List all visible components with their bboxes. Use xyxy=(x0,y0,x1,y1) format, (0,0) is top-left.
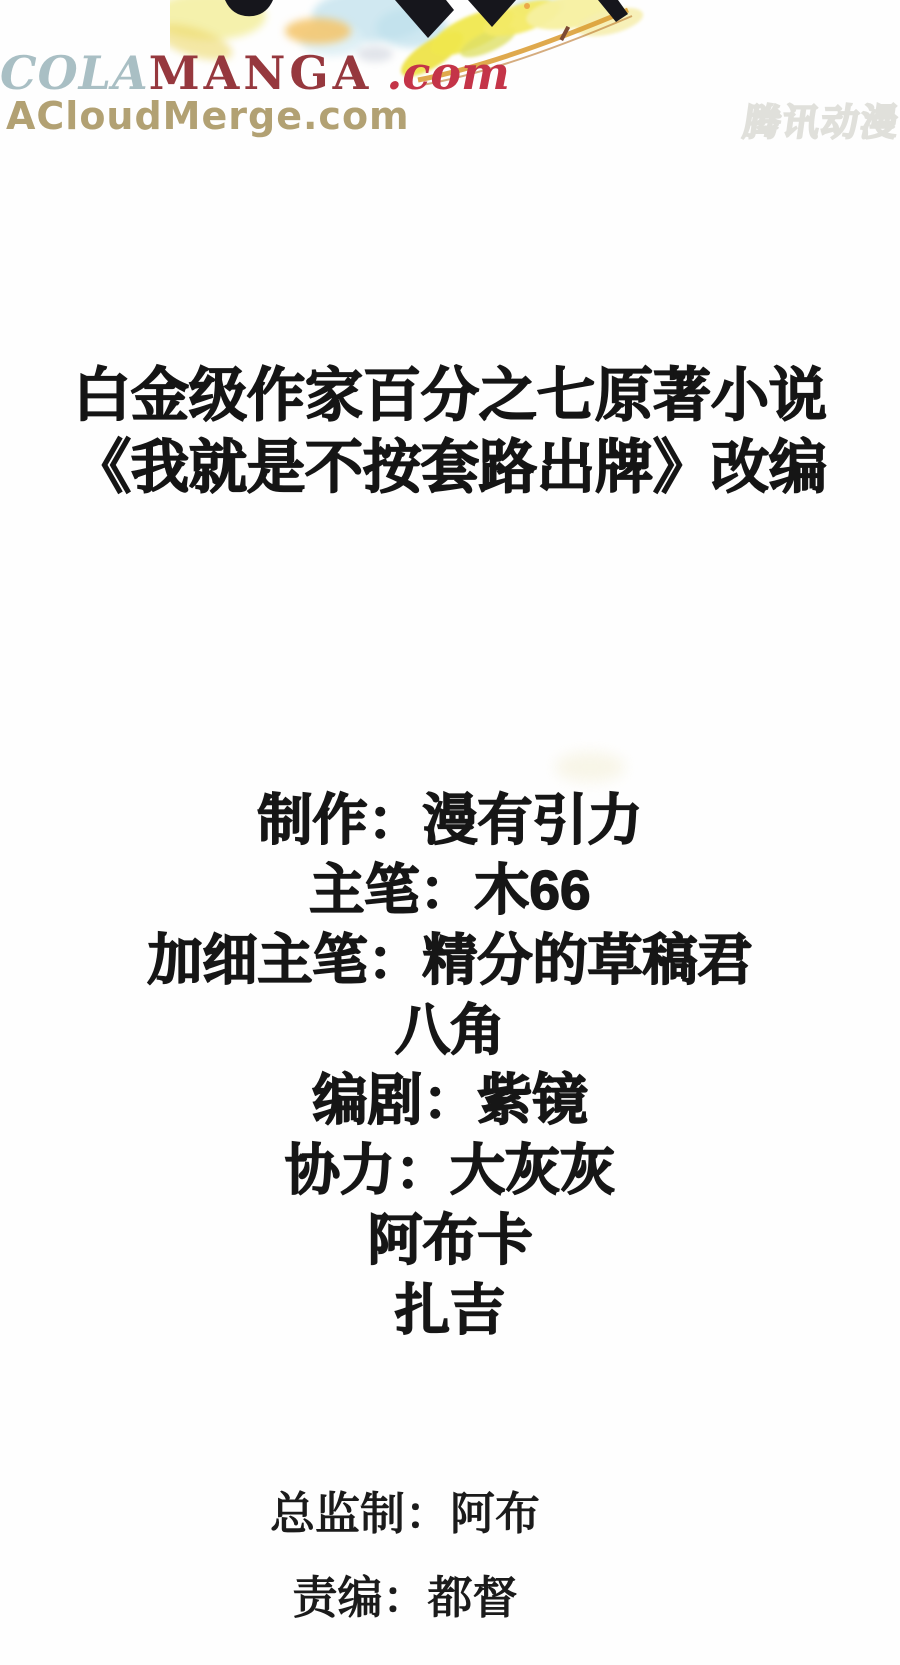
staff-credits: 制作：漫有引力 主笔：木66 加细主笔：精分的草稿君 八角 编剧：紫镜 协力：大… xyxy=(0,785,900,1345)
credit-line-chief-supervisor: 总监制：阿布 xyxy=(0,1472,855,1556)
adaptation-title-line2: 《我就是不按套路出牌》改编 xyxy=(0,432,900,504)
site-logo-subdomain: ACloudMerge.com xyxy=(6,97,420,135)
credit-line-detail-artist: 加细主笔：精分的草稿君 xyxy=(0,925,900,995)
logo-cola-text: COLA xyxy=(0,46,149,100)
credit-line-lead-artist: 主笔：木66 xyxy=(0,855,900,925)
credit-line-screenwriter: 编剧：紫镜 xyxy=(0,1065,900,1135)
logo-dotcom-text: .com xyxy=(386,46,509,100)
credit-line-assistant-2: 阿布卡 xyxy=(0,1205,900,1275)
site-logo-main: COLAMANGA.com xyxy=(0,50,420,96)
credit-line-assistant-3: 扎吉 xyxy=(0,1275,900,1345)
adaptation-title-line1: 白金级作家百分之七原著小说 xyxy=(0,360,900,432)
tencent-comics-watermark: 腾讯动漫 xyxy=(740,92,900,146)
credit-line-production: 制作：漫有引力 xyxy=(0,785,900,855)
credit-line-assistant: 协力：大灰灰 xyxy=(0,1135,900,1205)
adaptation-title: 白金级作家百分之七原著小说 《我就是不按套路出牌》改编 xyxy=(0,360,900,504)
paper-smudge xyxy=(555,752,625,782)
credit-line-editor: 责编：都督 xyxy=(0,1556,855,1640)
supervisor-credits: 总监制：阿布 责编：都督 xyxy=(0,1472,855,1640)
site-logo: COLAMANGA.com ACloudMerge.com xyxy=(0,50,420,135)
credit-line-detail-artist-2: 八角 xyxy=(0,995,900,1065)
manga-credits-page: COLAMANGA.com ACloudMerge.com 腾讯动漫 白金级作家… xyxy=(0,0,900,1665)
logo-manga-text: MANGA xyxy=(149,46,373,100)
